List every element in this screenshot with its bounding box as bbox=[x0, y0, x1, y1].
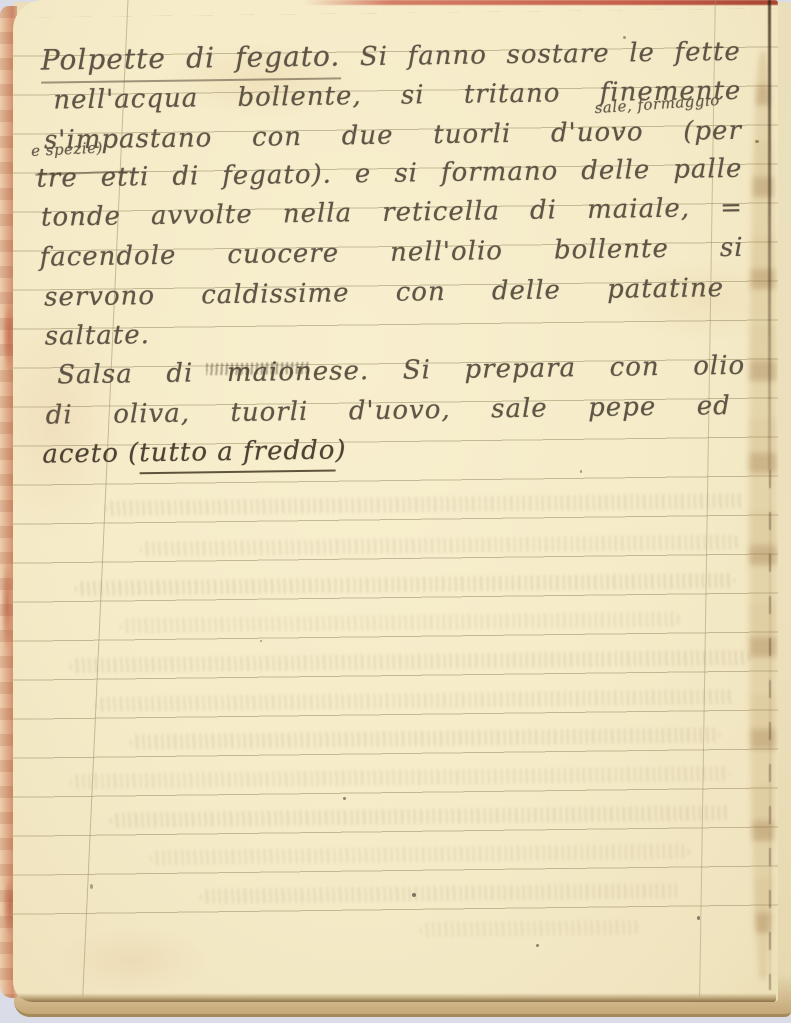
handwriting-line: tonde avvolte nella reticella di maiale,… bbox=[41, 193, 743, 233]
ink-speck bbox=[90, 884, 93, 889]
recipe-title-polpette: Polpette di fegato. bbox=[41, 39, 341, 83]
notebook-scan: Polpette di fegato. Si fanno sostare le … bbox=[0, 0, 791, 1023]
handwriting-line: facendole cuocere nell'olio bollente si bbox=[39, 233, 743, 273]
show-through-line bbox=[420, 920, 640, 938]
handwriting-text: aceto ( bbox=[42, 438, 139, 469]
handwriting-line: di oliva, tuorli d'uovo, sale pepe ed bbox=[46, 391, 731, 431]
ink-speck bbox=[260, 640, 262, 642]
ink-speck bbox=[620, 130, 623, 133]
handwriting-line: aceto (tutto a freddo) bbox=[42, 435, 347, 469]
ink-speck bbox=[755, 140, 759, 143]
ink-speck bbox=[536, 944, 539, 947]
handwriting-text: ) bbox=[335, 435, 347, 465]
ink-speck bbox=[412, 893, 416, 897]
page-crease-right-lower bbox=[769, 470, 771, 990]
handwriting-layer: Polpette di fegato. Si fanno sostare le … bbox=[13, 0, 778, 520]
overwritten-word-scribble bbox=[206, 362, 310, 375]
interline-note-below: e spezie) bbox=[31, 139, 104, 160]
handwriting-line: s'impastano con due tuorli d'uovo (per bbox=[44, 116, 742, 156]
page-bottom-edge bbox=[17, 993, 776, 1002]
ink-speck bbox=[580, 470, 582, 473]
handwriting-line: servono caldissime con delle patatine bbox=[44, 273, 724, 312]
underlined-phrase: tutto a freddo bbox=[139, 436, 336, 475]
handwriting-line: Polpette di fegato. Si fanno sostare le … bbox=[41, 34, 741, 77]
handwriting-text: Si fanno sostare le fette bbox=[360, 37, 741, 72]
handwriting-line: tre etti di fegato). e si formano delle … bbox=[36, 154, 742, 194]
ink-speck bbox=[623, 36, 626, 39]
notebook-page: Polpette di fegato. Si fanno sostare le … bbox=[13, 0, 778, 1002]
ink-speck bbox=[343, 797, 346, 800]
ink-speck bbox=[697, 916, 700, 920]
handwriting-line recipe-title-maionese: Salsa di maionese. Si prepara con olio bbox=[57, 351, 745, 391]
handwriting-line: saltate. bbox=[44, 320, 150, 351]
